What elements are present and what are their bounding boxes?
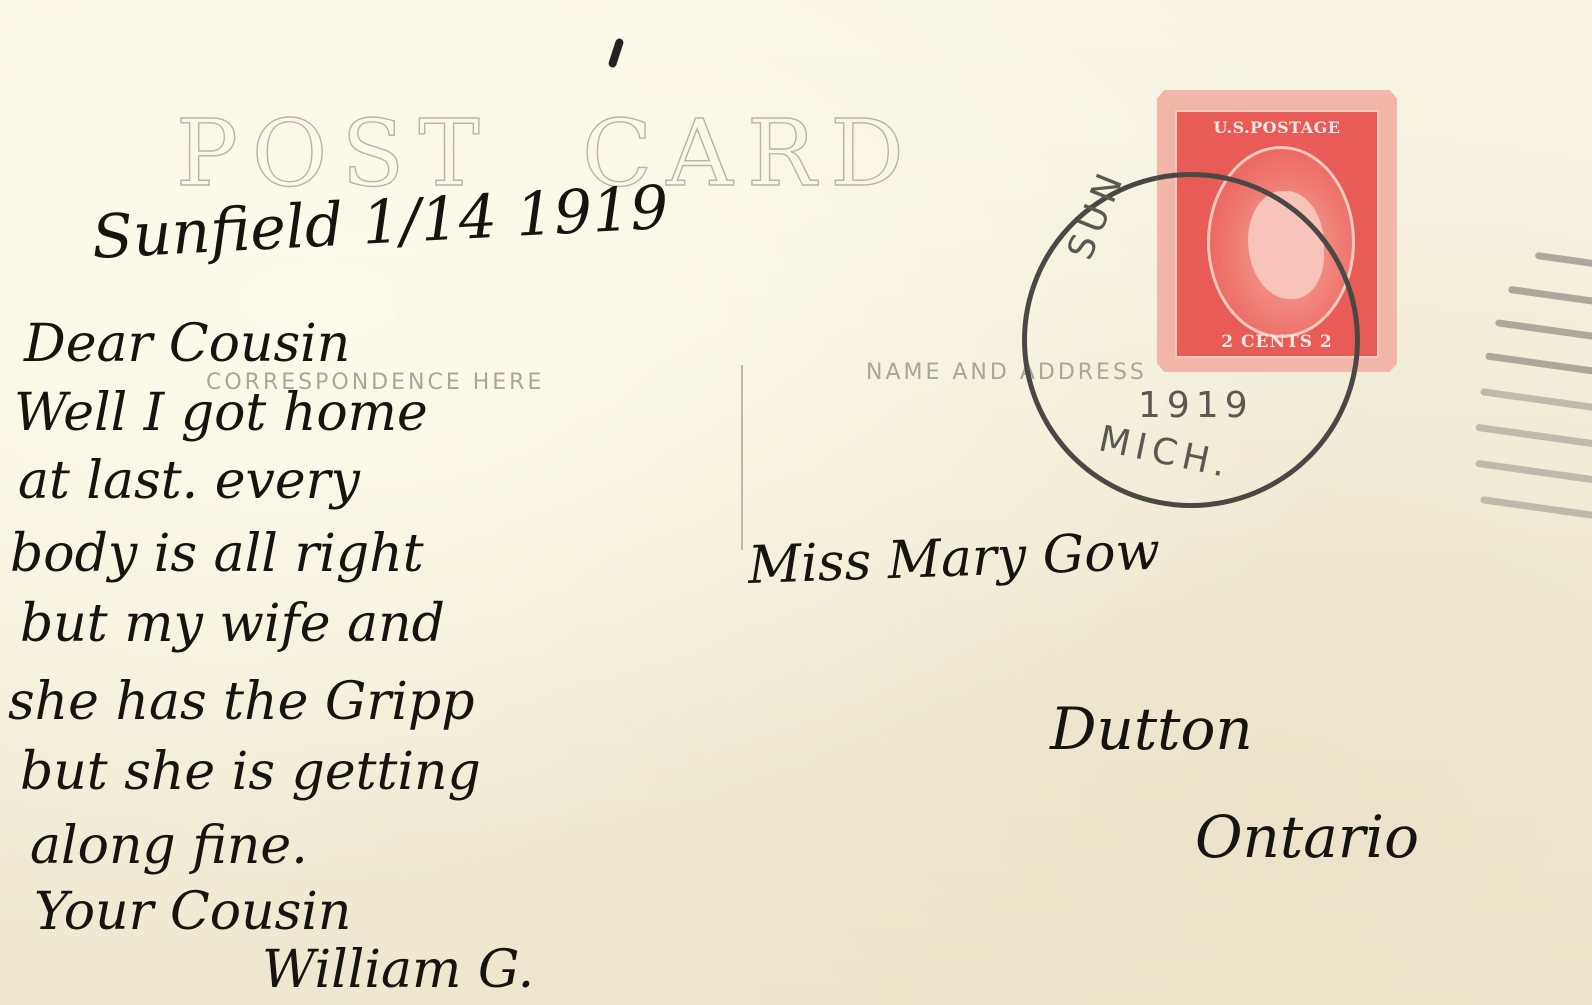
- message-line: Well I got home: [14, 387, 428, 439]
- message-line: at last. every: [18, 455, 360, 507]
- message-line: but my wife and: [20, 598, 445, 650]
- cancellation-line: [1480, 388, 1592, 411]
- message-line: but she is getting: [20, 746, 481, 798]
- postmark-year: 1919: [1138, 385, 1254, 426]
- cancellation-line: [1535, 252, 1592, 267]
- message-line: along fine.: [30, 820, 308, 872]
- message-line: body is all right: [10, 528, 424, 580]
- cancellation-line: [1475, 424, 1592, 448]
- cancellation-line: [1508, 286, 1592, 305]
- cancellation-line: [1485, 352, 1592, 374]
- message-line: Dear Cousin: [24, 318, 350, 370]
- divider-line: [741, 365, 743, 550]
- postcard: POST CARD CORRESPONDENCE HERE NAME AND A…: [0, 0, 1592, 1005]
- address-town: Dutton: [1050, 700, 1253, 758]
- address-recipient: Miss Mary Gow: [747, 526, 1161, 592]
- message-signature: William G.: [262, 944, 534, 996]
- address-province: Ontario: [1195, 808, 1419, 866]
- message-line: Your Cousin: [34, 886, 351, 938]
- stamp-top-text: U.S.POSTAGE: [1177, 118, 1377, 137]
- cancellation-line: [1475, 460, 1592, 484]
- ink-mark: [608, 37, 625, 68]
- message-line: she has the Gripp: [8, 676, 474, 728]
- cancellation-line: [1495, 319, 1592, 340]
- cancellation-line: [1480, 496, 1592, 519]
